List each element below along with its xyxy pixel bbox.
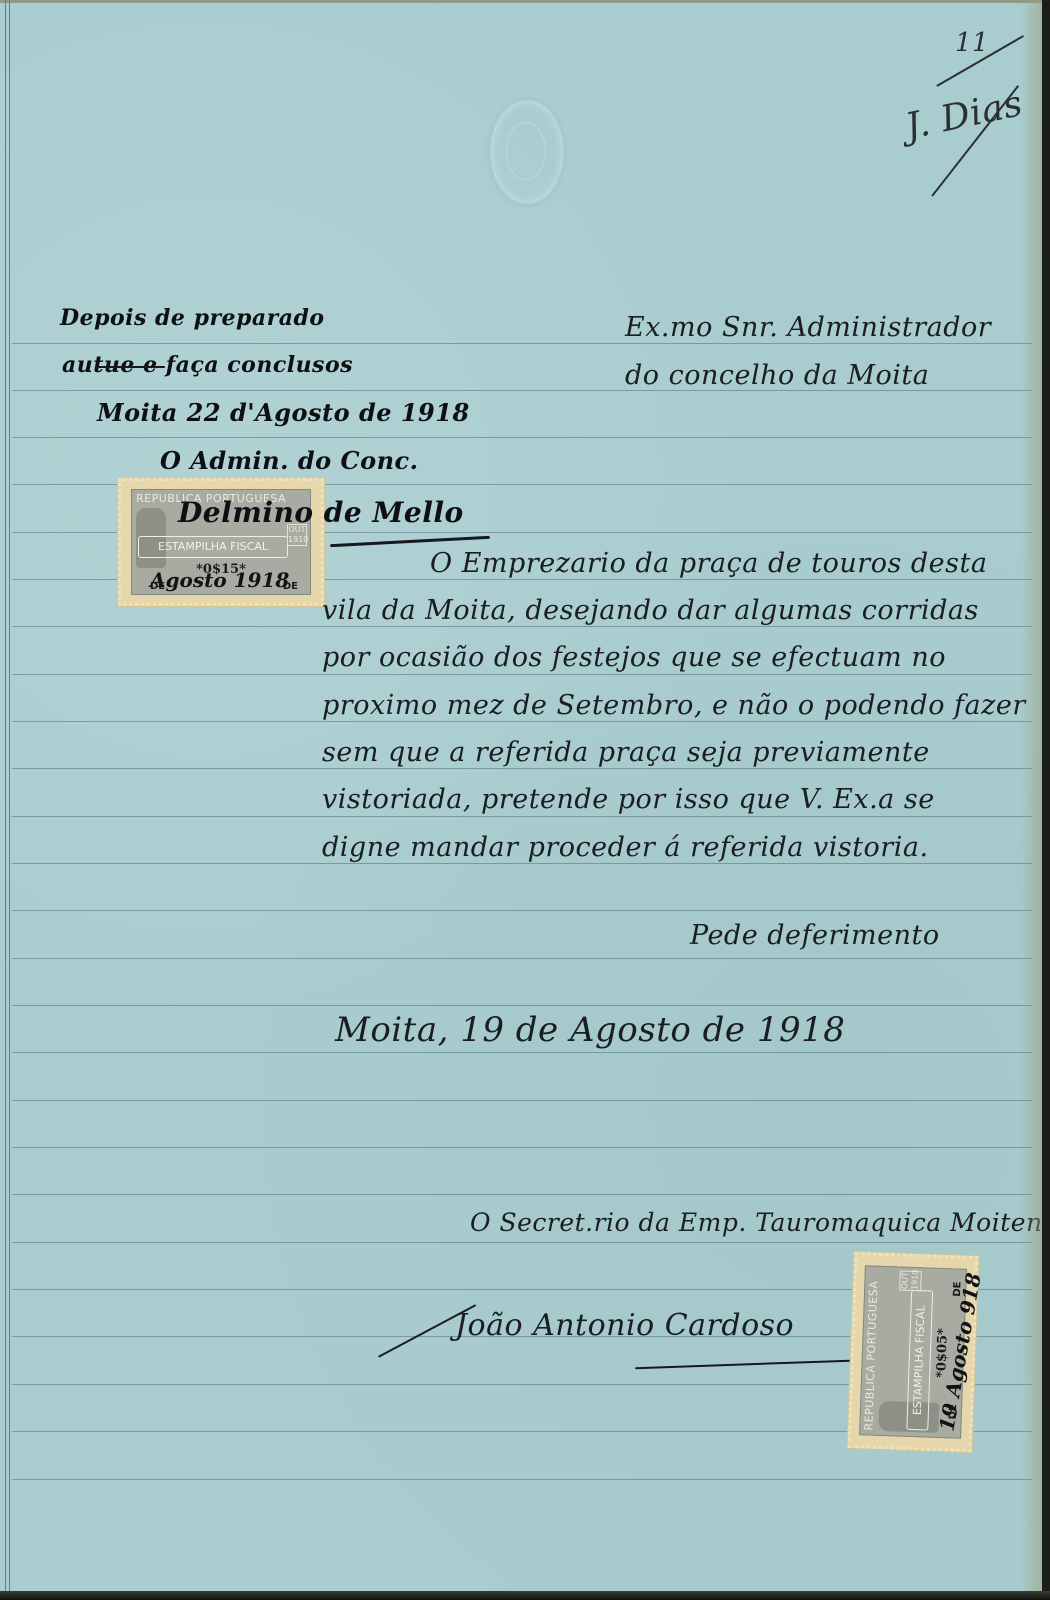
dispatch-line-1: Depois de preparado <box>60 305 325 331</box>
addressee-line-1: Ex.mo Snr. Administrador <box>625 312 991 343</box>
place-date: Moita, 19 de Agosto de 1918 <box>335 1010 845 1050</box>
corner-initials: J. Dias <box>902 83 1026 148</box>
body-line-1: O Emprezario da praça de touros desta <box>430 548 987 579</box>
body-line-5: sem que a referida praça seja previament… <box>322 737 930 768</box>
dispatch-line-3: Moita 22 d'Agosto de 1918 <box>97 398 470 427</box>
folio-number: 11 <box>955 28 989 58</box>
body-line-3: por ocasião dos festejos que se efectuam… <box>322 642 946 673</box>
stamp-top-cancel: Agosto 1918 <box>150 568 289 592</box>
dispatch-line-4: O Admin. do Conc. <box>160 446 419 475</box>
page-bottom-edge <box>0 1591 1050 1600</box>
body-line-4: proximo mez de Setembro, e não o podendo… <box>322 690 1026 721</box>
margin-line-outer <box>5 0 6 1592</box>
page-top-edge <box>0 0 1042 3</box>
embossed-seal <box>490 100 564 204</box>
dispatch-overline <box>95 366 165 368</box>
body-line-7: digne mandar proceder á referida vistori… <box>322 832 929 863</box>
signature: João Antonio Cardoso <box>455 1308 794 1343</box>
addressee-line-2: do concelho da Moita <box>625 360 929 391</box>
closing-formula: Pede deferimento <box>690 920 940 951</box>
stamp-year: OUT 1910 <box>899 1270 922 1291</box>
dispatch-signature: Delmino de Mello <box>178 496 464 529</box>
margin-line-inner <box>9 0 10 1592</box>
stamp-header: REPUBLICA PORTUGUESA <box>862 1280 880 1430</box>
dispatch-line-2: autue e faça conclusos <box>62 352 353 378</box>
stamp-label: ESTAMPILHA FISCAL <box>138 536 288 558</box>
signature-flourish <box>330 536 490 547</box>
body-line-6: vistoriada, pretende por isso que V. Ex.… <box>322 784 935 815</box>
signatory-title: O Secret.rio da Emp. Tauromaquica Moiten… <box>470 1208 1042 1237</box>
document-page: 11 J. Dias Depois de preparado autue e f… <box>0 0 1042 1592</box>
body-line-2: vila da Moita, desejando dar algumas cor… <box>322 595 979 626</box>
